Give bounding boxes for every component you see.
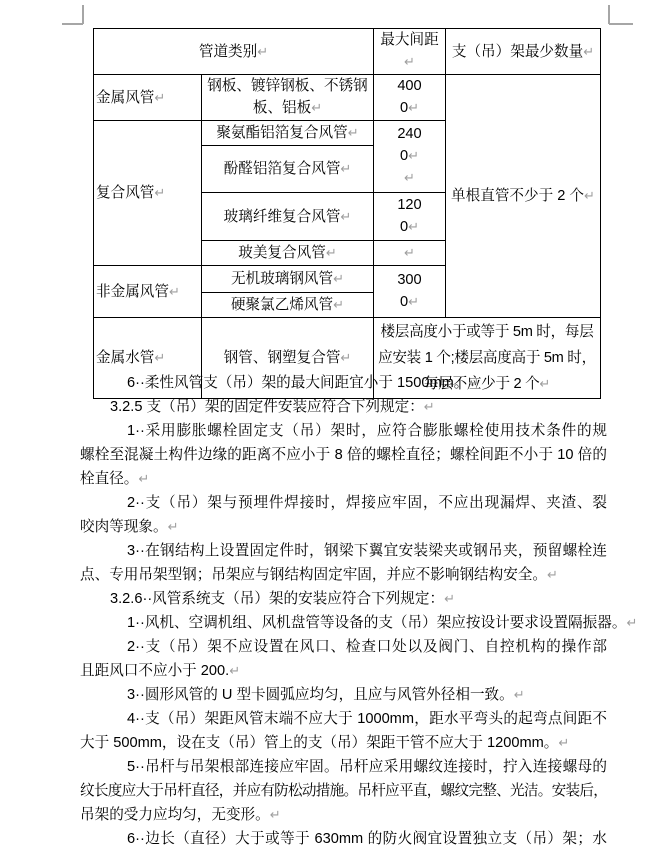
body-line: 3.2.5 支（吊）架的固定件安装应符合下列规定：↵ [80, 395, 607, 419]
body-line: 大于 500mm，设在支（吊）管上的支（吊）架距干管不应大于 1200mm。↵ [80, 731, 607, 755]
pilcrow-mark: ↵ [468, 375, 479, 390]
header-category: 管道类别↵ [94, 29, 374, 75]
pilcrow-mark: ↵ [408, 294, 419, 309]
body-line: 2··支（吊）架与预埋件焊接时，焊接应牢固，不应出现漏焊、夹渣、裂纹、 [80, 491, 607, 515]
pilcrow-mark: ↵ [348, 125, 359, 140]
pilcrow-mark: ↵ [547, 567, 558, 582]
pilcrow-mark: ↵ [340, 350, 351, 365]
body-line: 螺栓至混凝土构件边缘的距离不应小于 8 倍的螺栓直径；螺栓间距不小于 10 倍的… [80, 443, 607, 467]
pilcrow-mark: ↵ [404, 54, 415, 69]
cell-glass-fiber-spacing: 1200↵ [374, 193, 446, 241]
pilcrow-mark: ↵ [626, 615, 637, 630]
pilcrow-mark: ↵ [154, 90, 165, 105]
cell-metal-duct-spacing: 4000↵ [374, 75, 446, 121]
duct-support-spec-table: 管道类别↵ 最大间距↵ 支（吊）架最少数量↵ 金属风管↵ 钢板、镀锌钢板、不锈钢… [93, 28, 601, 399]
body-line: 点、专用吊架型钢；吊架应与钢结构固定牢固，并应不影响钢结构安全。↵ [80, 563, 607, 587]
cell-bomei-duct: 玻美复合风管↵ [202, 241, 374, 266]
pilcrow-mark: ↵ [584, 188, 595, 203]
cell-nonmetal-duct: 非金属风管↵ [94, 266, 202, 318]
pilcrow-mark: ↵ [333, 297, 344, 312]
body-line: 吊架的受力应均匀，无变形。↵ [80, 803, 607, 827]
table-row: 金属风管↵ 钢板、镀锌钢板、不锈钢板、铝板↵ 4000↵ 单根直管不少于 2 个… [94, 75, 601, 121]
cell-metal-duct: 金属风管↵ [94, 75, 202, 121]
body-line: 3··在钢结构上设置固定件时，钢梁下翼宜安装梁夹或钢吊夹，预留螺栓连接 [80, 539, 607, 563]
pilcrow-mark: ↵ [326, 245, 337, 260]
pilcrow-mark: ↵ [138, 471, 149, 486]
body-line: 栓直径。↵ [80, 467, 607, 491]
crop-mark-top-right-horizontal [609, 23, 633, 25]
note-line: 应安装 1 个;楼层高度高于 5m 时， [376, 345, 598, 371]
body-line: 4··支（吊）架距风管末端不应大于 1000mm，距水平弯头的起弯点间距不应 [80, 707, 607, 731]
cell-phenolic-duct: 酚醛铝箔复合风管↵ [202, 146, 374, 193]
pilcrow-mark: ↵ [408, 100, 419, 115]
cell-composite-duct: 复合风管↵ [94, 121, 202, 266]
cell-polyurethane-duct: 聚氨酯铝箔复合风管↵ [202, 121, 374, 146]
pilcrow-mark: ↵ [514, 687, 525, 702]
pilcrow-mark: ↵ [404, 170, 415, 185]
body-line: 1··采用膨胀螺栓固定支（吊）架时，应符合膨胀螺栓使用技术条件的规定， [80, 419, 607, 443]
cell-min-supports-note: 单根直管不少于 2 个↵ [446, 75, 601, 318]
pilcrow-mark: ↵ [333, 271, 344, 286]
body-line: 6··柔性风管支（吊）架的最大间距宜小于 1500mm。↵ [80, 371, 607, 395]
body-line: 1··风机、空调机组、风机盘管等设备的支（吊）架应按设计要求设置隔振器。↵ [80, 611, 607, 635]
crop-mark-top-left-horizontal [62, 23, 83, 25]
cell-pvc-duct: 硬聚氯乙烯风管↵ [202, 293, 374, 318]
body-line: 3··圆形风管的 U 型卡圆弧应均匀，且应与风管外径相一致。↵ [80, 683, 607, 707]
cell-polyurethane-spacing: 2400↵ ↵ [374, 121, 446, 193]
pilcrow-mark: ↵ [424, 399, 435, 414]
body-line: 2··支（吊）架不应设置在风口、检查口处以及阀门、自控机构的操作部位， [80, 635, 607, 659]
pilcrow-mark: ↵ [444, 591, 455, 606]
cell-bomei-spacing-empty: ↵ [374, 241, 446, 266]
note-line: 楼层高度小于或等于 5m 时，每层 [376, 319, 598, 345]
cell-inorganic-glass-spacing: 3000↵ [374, 266, 446, 318]
body-text: 6··柔性风管支（吊）架的最大间距宜小于 1500mm。↵ 3.2.5 支（吊）… [80, 371, 607, 847]
pilcrow-mark: ↵ [154, 350, 165, 365]
pilcrow-mark: ↵ [558, 735, 569, 750]
body-line: 且距风口不应小于 200.↵ [80, 659, 607, 683]
pilcrow-mark: ↵ [340, 161, 351, 176]
pilcrow-mark: ↵ [408, 148, 419, 163]
pilcrow-mark: ↵ [340, 209, 351, 224]
cell-inorganic-glass-duct: 无机玻璃钢风管↵ [202, 266, 374, 293]
pilcrow-mark: ↵ [229, 663, 240, 678]
cell-metal-duct-types: 钢板、镀锌钢板、不锈钢板、铝板↵ [202, 75, 374, 121]
crop-mark-top-left-vertical [82, 5, 84, 24]
body-line: 咬肉等现象。↵ [80, 515, 607, 539]
crop-mark-top-right-vertical [608, 5, 610, 24]
header-min-supports: 支（吊）架最少数量↵ [446, 29, 601, 75]
table-header-row: 管道类别↵ 最大间距↵ 支（吊）架最少数量↵ [94, 29, 601, 75]
pilcrow-mark: ↵ [169, 284, 180, 299]
pilcrow-mark: ↵ [404, 245, 415, 260]
body-line: 3.2.6··风管系统支（吊）架的安装应符合下列规定：↵ [80, 587, 607, 611]
pilcrow-mark: ↵ [154, 185, 165, 200]
header-max-spacing: 最大间距↵ [374, 29, 446, 75]
cell-glass-fiber-duct: 玻璃纤维复合风管↵ [202, 193, 374, 241]
pilcrow-mark: ↵ [583, 44, 594, 59]
document-page: 管道类别↵ 最大间距↵ 支（吊）架最少数量↵ 金属风管↵ 钢板、镀锌钢板、不锈钢… [0, 0, 665, 847]
body-line: 纹长度应大于吊杆直径，并应有防松动措施。吊杆应平直，螺纹完整、光洁。安装后， [80, 779, 607, 803]
pilcrow-mark: ↵ [408, 219, 419, 234]
pilcrow-mark: ↵ [168, 519, 179, 534]
pilcrow-mark: ↵ [270, 807, 281, 822]
pilcrow-mark: ↵ [311, 100, 322, 115]
body-line: 5··吊杆与吊架根部连接应牢固。吊杆应采用螺纹连接时，拧入连接螺母的螺 [80, 755, 607, 779]
body-line: 6··边长（直径）大于或等于 630mm 的防火阀宜设置独立支（吊）架；水平 [80, 827, 607, 847]
pilcrow-mark: ↵ [257, 44, 268, 59]
